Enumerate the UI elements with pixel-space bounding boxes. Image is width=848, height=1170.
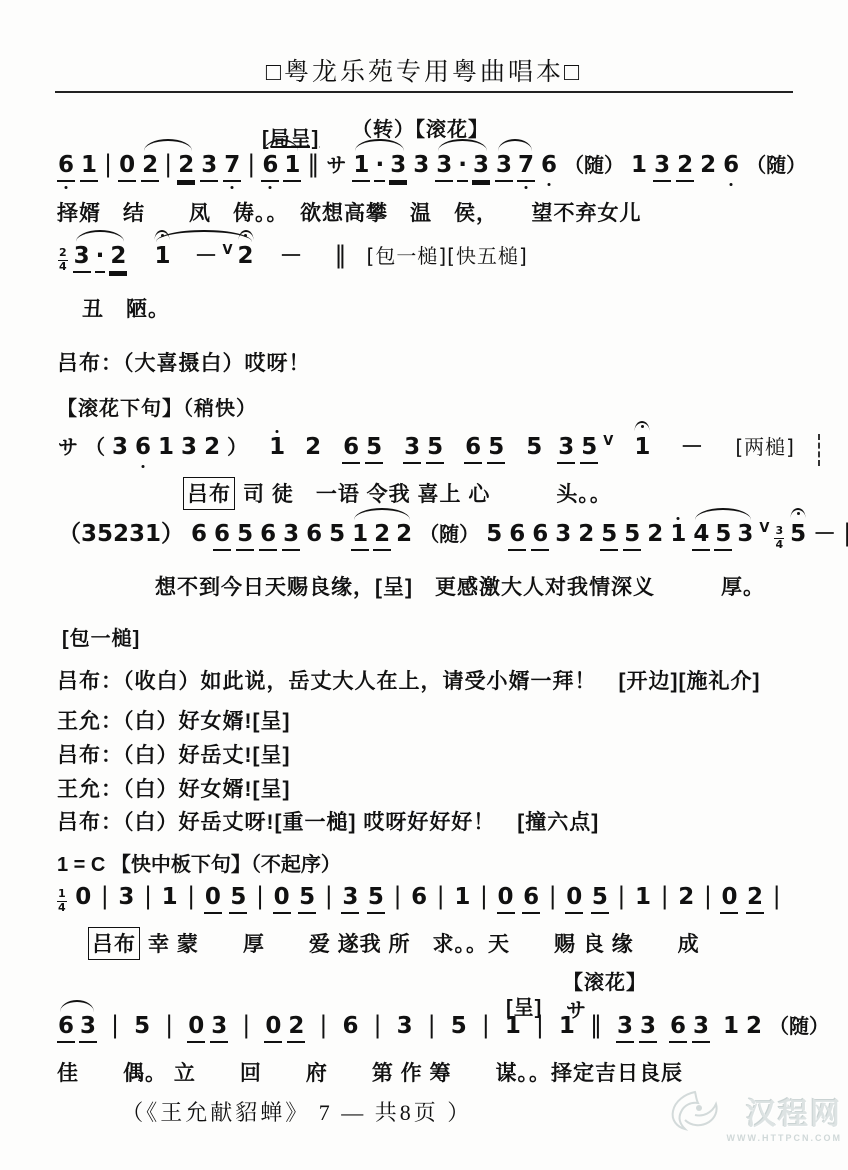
- slur-group: 3·3: [435, 152, 490, 182]
- music-note: 0: [497, 884, 515, 914]
- barline: |: [479, 884, 489, 908]
- music-note: 2: [746, 884, 764, 914]
- music-note: ·: [374, 152, 385, 182]
- spacer: [715, 1032, 717, 1033]
- music-note: 3: [554, 521, 572, 549]
- music-note: 6: [464, 434, 482, 464]
- spacer: [662, 1032, 664, 1033]
- dialogue-line-wangyun-1: 王允：（白）好女婿![呈]: [57, 705, 290, 735]
- annotation-bao-yichui: [包一槌]: [62, 622, 140, 651]
- music-note: 5: [236, 521, 254, 551]
- barline: |: [143, 884, 153, 908]
- music-note: 1: [351, 521, 369, 551]
- slur-group: 1－V2: [153, 243, 254, 271]
- music-note: 3: [210, 1013, 228, 1043]
- octave-dot-low: [65, 186, 68, 189]
- music-note: 0: [273, 884, 291, 914]
- music-note: 6: [259, 521, 277, 551]
- slur-group: 3·2: [73, 243, 128, 273]
- music-note: 3: [403, 434, 421, 464]
- music-note: 2: [287, 1013, 305, 1043]
- music-note: 3: [79, 1013, 97, 1043]
- music-note: 5: [367, 884, 385, 914]
- dialogue-line-lvbu-aiya: 吕布：（大喜摄白）哎呀！: [57, 347, 311, 377]
- page-title: □粤龙乐苑专用粤曲唱本□: [0, 52, 848, 88]
- slur-group: 61: [261, 152, 301, 182]
- lyric-line-6: 佳 偶。 立 回 府 第 作 筹 谋。。择定吉日良辰: [57, 1057, 683, 1087]
- music-note: －: [679, 434, 704, 462]
- music-note: 3: [73, 243, 91, 273]
- spacer: [353, 262, 361, 263]
- music-note: 3: [472, 152, 490, 182]
- music-note: 6: [522, 884, 540, 914]
- spacer: [175, 262, 189, 263]
- lyric-line-1: 择婿 结 凤 俦。。 欲想高攀 温 侯， 望不弃女儿: [57, 197, 642, 227]
- barline: |: [535, 1013, 545, 1037]
- music-note: 5: [298, 884, 316, 914]
- barline: |: [660, 884, 670, 908]
- breath-mark: V: [759, 522, 769, 535]
- music-note: 5: [789, 521, 807, 549]
- fermata-mark: [238, 230, 253, 240]
- music-note: （35231）: [57, 521, 185, 549]
- spacer: [618, 453, 628, 454]
- music-note: 1: [283, 152, 301, 182]
- music-note: 3: [117, 884, 135, 912]
- music-note: ·: [95, 243, 106, 273]
- spacer: [548, 453, 552, 454]
- dialogue-line-lvbu-bow: 吕布：（收白）如此说，岳丈大人在上，请受小婿一拜！ [开边][施礼介]: [57, 665, 760, 695]
- music-line-3: サ（36132）12653565535V1－[两槌]: [57, 434, 820, 466]
- music-note: サ: [325, 153, 347, 178]
- octave-dot-low: [730, 183, 733, 186]
- spacer: [709, 453, 729, 454]
- music-note: 1: [157, 434, 175, 462]
- octave-dot-low: [269, 186, 272, 189]
- music-note: 1: [352, 152, 370, 182]
- music-note: （随）: [768, 1014, 830, 1039]
- music-note: 1: [722, 1013, 740, 1041]
- music-note: 2: [304, 434, 322, 462]
- barline: ‖: [306, 152, 320, 176]
- music-note: －: [279, 243, 304, 271]
- time-sig-denominator: 4: [58, 260, 68, 274]
- spacer: [253, 453, 263, 454]
- dialogue-line-lvbu-2: 吕布：（白）好岳丈![呈]: [57, 739, 290, 769]
- music-line-6: 63|5|03|02|6|3|5|1|1‖336312（随）: [57, 1013, 830, 1043]
- spacer: [449, 453, 459, 454]
- music-note: 6: [508, 521, 526, 551]
- fermata-mark: [635, 421, 650, 431]
- watermark-site-url: WWW.HTTPCN.COM: [727, 1133, 842, 1143]
- slur-group: 453: [692, 521, 754, 551]
- music-note: サ: [57, 435, 79, 460]
- slur-group: 63: [57, 1013, 97, 1043]
- barline: |: [103, 152, 113, 176]
- music-note: 2: [676, 152, 694, 182]
- music-note: 2: [699, 152, 717, 180]
- time-sig-denominator: 4: [57, 901, 67, 915]
- spacer: [260, 262, 274, 263]
- music-note: 1: [80, 152, 98, 182]
- fermata-mark: [155, 230, 170, 240]
- annotation-zhuan-gunhua: （转）【滚花】: [352, 113, 489, 142]
- watermark-logo: 汉程网 WWW.HTTPCN.COM: [665, 1086, 842, 1145]
- music-note: 6: [540, 152, 558, 180]
- footer-page-info: （《王允献貂蝉》 7 — 共8页 ）: [0, 1096, 594, 1127]
- music-note: 0: [74, 884, 92, 912]
- music-note: 3: [200, 152, 218, 182]
- annotation-gunhua-2: 【滚花】: [563, 966, 647, 995]
- barline: |: [392, 884, 402, 908]
- music-note: 5: [365, 434, 383, 464]
- music-note: 6: [341, 1013, 359, 1041]
- spacer: [309, 262, 329, 263]
- music-note: ）: [226, 435, 248, 460]
- music-note: 5: [525, 434, 543, 462]
- barline: |: [255, 884, 265, 908]
- octave-dot-high: [276, 430, 279, 433]
- music-note: 5: [714, 521, 732, 551]
- role-box-lvbu-2: 吕布: [88, 927, 140, 960]
- music-note: 2: [677, 884, 695, 912]
- music-note: 7: [517, 152, 535, 182]
- barline: |: [324, 884, 334, 908]
- lyric-line-3: 吕布司 徒 一语 令我 喜上 心 头。。: [183, 477, 612, 510]
- music-note: 6: [134, 434, 152, 462]
- music-note: 0: [204, 884, 222, 914]
- dialogue-line-wangyun-2: 王允：（白）好女婿![呈]: [57, 773, 290, 803]
- music-note: 6: [57, 152, 75, 182]
- octave-dot-high: [677, 517, 680, 520]
- lyric-line-2: 丑 陋。: [82, 293, 170, 323]
- music-note: 3: [341, 884, 359, 914]
- slur-group: 37: [495, 152, 535, 182]
- music-note: 3: [435, 152, 453, 182]
- music-note: 3: [653, 152, 671, 182]
- music-note: 1: [633, 434, 651, 462]
- fermata-mark: [791, 508, 806, 518]
- music-note: 5: [623, 521, 641, 551]
- music-note: 7: [223, 152, 241, 182]
- music-note: 5: [328, 521, 346, 549]
- music-note: 1: [669, 521, 687, 549]
- music-note: 3: [282, 521, 300, 551]
- spacer: [656, 453, 674, 454]
- music-note: 5: [485, 521, 503, 549]
- octave-dot-low: [525, 186, 528, 189]
- watermark-swirl-icon: [665, 1086, 723, 1145]
- music-note: 3: [412, 152, 430, 180]
- music-note: ·: [457, 152, 468, 182]
- music-note: 0: [720, 884, 738, 914]
- annotation-key-line: 1 = C 【快中板下句】（不起序）: [57, 848, 341, 877]
- time-sig-numerator: 1: [58, 888, 66, 901]
- music-note: （: [84, 435, 106, 460]
- music-line-1: 61|02|237|61‖サ1·333·3376（随）13226（随）: [57, 152, 812, 182]
- music-note: 3: [389, 152, 407, 182]
- music-note: 2: [109, 243, 127, 273]
- breath-mark: V: [222, 244, 232, 257]
- music-note: 6: [722, 152, 740, 180]
- barline: |: [318, 1013, 328, 1037]
- barline: ‖: [334, 243, 348, 267]
- barline: ‖: [589, 1013, 603, 1037]
- barline: |: [703, 884, 713, 908]
- barline: |: [110, 1013, 120, 1037]
- barline: |: [163, 152, 173, 176]
- music-note: 2: [395, 521, 413, 549]
- header-divider: [55, 91, 793, 93]
- octave-dot-low: [548, 183, 551, 186]
- music-note: 3: [692, 1013, 710, 1043]
- music-note: 3: [111, 434, 129, 462]
- barline: |: [427, 1013, 437, 1037]
- barline: |: [772, 884, 782, 908]
- music-note: 2: [177, 152, 195, 182]
- music-note: 1: [153, 243, 171, 271]
- watermark-site-name: 汉程网: [746, 1089, 842, 1133]
- percussion-annotation: [两槌]: [734, 435, 796, 460]
- music-note: 6: [305, 521, 323, 549]
- music-note: 2: [237, 243, 255, 271]
- music-note: 3: [396, 1013, 414, 1041]
- music-note: 4: [692, 521, 710, 551]
- music-note: 0: [187, 1013, 205, 1043]
- lyric-line-5: 吕布幸 蒙 厚 爱 遂我 所 求。。天 赐 良 缘 成: [88, 927, 700, 960]
- barline: |: [186, 884, 196, 908]
- music-note: 2: [577, 521, 595, 549]
- spacer: [132, 262, 148, 263]
- spacer: [510, 453, 520, 454]
- music-note: 2: [141, 152, 159, 182]
- music-note: 1: [504, 1013, 522, 1041]
- music-note: 6: [410, 884, 428, 912]
- lyric-line-3-text: 司 徒 一语 令我 喜上 心 头。。: [243, 483, 612, 506]
- music-note: 6: [213, 521, 231, 551]
- music-note: 5: [580, 434, 598, 464]
- music-note: 6: [261, 152, 279, 182]
- music-note: 6: [57, 1013, 75, 1043]
- music-line-4: （35231）6656365122（随）566325521453V345－‖: [57, 521, 848, 558]
- octave-dot-low: [142, 465, 145, 468]
- music-note: 5: [133, 1013, 151, 1041]
- barline: |: [616, 884, 626, 908]
- music-line-5: 140|3|1|05|05|35|6|1|06|05|1|2|02|: [57, 884, 782, 921]
- music-note: 0: [264, 1013, 282, 1043]
- barline: |: [164, 1013, 174, 1037]
- music-line-2: 243·21－V2－‖[包一槌][快五槌]: [58, 243, 529, 280]
- time-sig-denominator: 4: [774, 538, 784, 552]
- music-note: 5: [591, 884, 609, 914]
- music-note: 1: [453, 884, 471, 912]
- music-note: 5: [426, 434, 444, 464]
- lyric-line-4: 想不到今日天赐良缘，[呈] 更感激大人对我情深义 厚。: [155, 571, 765, 601]
- octave-dot-low: [231, 186, 234, 189]
- music-note: 5: [450, 1013, 468, 1041]
- music-note: （随）: [418, 522, 480, 547]
- lyric-line-5-text: 幸 蒙 厚 爱 遂我 所 求。。天 赐 良 缘 成: [148, 933, 700, 956]
- music-note: 3: [639, 1013, 657, 1043]
- music-note: 2: [203, 434, 221, 462]
- music-note: 1: [161, 884, 179, 912]
- music-note: 2: [646, 521, 664, 549]
- percussion-annotation: [包一槌][快五槌]: [366, 244, 529, 269]
- music-note: （随）: [745, 153, 807, 178]
- time-sig-numerator: 2: [59, 247, 67, 260]
- songbook-page: □粤龙乐苑专用粤曲唱本□ [局呈] （转）【滚花】 61|02|237|61‖サ…: [0, 0, 848, 1170]
- time-signature: 34: [774, 525, 784, 551]
- music-note: 3: [557, 434, 575, 464]
- music-note: 5: [229, 884, 247, 914]
- music-note: 3: [495, 152, 513, 182]
- music-note: 1: [268, 434, 286, 462]
- role-box-lvbu: 吕布: [183, 477, 235, 510]
- music-note: 0: [565, 884, 583, 914]
- music-note: 6: [342, 434, 360, 464]
- music-note: 3: [736, 521, 754, 549]
- slur-group: 1·3: [352, 152, 407, 182]
- dashed-barline: [818, 434, 820, 466]
- slur-group: 122: [351, 521, 413, 551]
- time-signature: 24: [58, 247, 68, 273]
- dialogue-line-lvbu-3: 吕布：（白）好岳丈呀![重一槌] 哎呀好好好！ [撞六点]: [57, 806, 599, 836]
- spacer: [327, 453, 337, 454]
- time-sig-numerator: 3: [775, 525, 783, 538]
- music-note: 0: [118, 152, 136, 182]
- barline: ‖: [842, 521, 848, 545]
- music-note: 3: [616, 1013, 634, 1043]
- barline: |: [241, 1013, 251, 1037]
- music-note: 1: [634, 884, 652, 912]
- music-note: －: [812, 521, 837, 549]
- spacer: [291, 453, 299, 454]
- barline: |: [436, 884, 446, 908]
- barline: |: [548, 884, 558, 908]
- music-note: 6: [531, 521, 549, 551]
- barline: |: [373, 1013, 383, 1037]
- breath-mark: V: [603, 435, 613, 448]
- slur-group: 2|2: [141, 152, 195, 182]
- music-note: 1: [558, 1013, 576, 1041]
- barline: |: [481, 1013, 491, 1037]
- music-note: 5: [487, 434, 505, 464]
- music-note: 2: [373, 521, 391, 551]
- barline: |: [246, 152, 256, 176]
- music-note: －: [193, 243, 218, 271]
- barline: |: [100, 884, 110, 908]
- music-note: 3: [180, 434, 198, 462]
- annotation-gunhua-xiaju: 【滚花下句】（稍快）: [57, 392, 257, 421]
- time-signature: 14: [57, 888, 67, 914]
- music-note: 1: [630, 152, 648, 180]
- spacer: [388, 453, 398, 454]
- music-note: 6: [190, 521, 208, 549]
- music-note: 5: [600, 521, 618, 551]
- music-note: 6: [669, 1013, 687, 1043]
- music-note: 2: [745, 1013, 763, 1041]
- music-note: （随）: [563, 153, 625, 178]
